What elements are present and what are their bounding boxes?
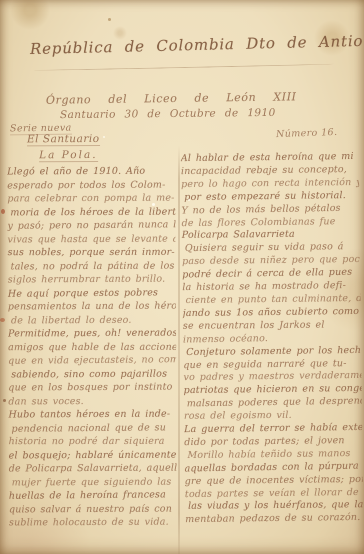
manuscript-line: tales, no podrá la pátina de los (11, 259, 176, 273)
manuscript-page: República de Colombia Dto de Antioquia Ó… (0, 0, 364, 554)
manuscript-line: de la libertad lo deseo. (11, 313, 176, 327)
issue-number: Número 16. (276, 127, 338, 140)
manuscript-line: pensamientos la una de los héroes (8, 300, 176, 314)
manuscript-line: dan sus voces. (8, 394, 176, 408)
paper-fleck (152, 203, 155, 206)
masthead-organ-line: Órgano del Liceo de León XIII (46, 90, 297, 106)
manuscript-line: sabiendo, sino como pajarillos (11, 367, 176, 381)
article-heading-la-pola: La Pola. (39, 149, 98, 162)
manuscript-line: sus nobles, porque serán inmor- (8, 246, 176, 260)
manuscript-line: Permitidme, pues, oh! venerados (8, 327, 176, 341)
manuscript-line: mentaban pedazos de su corazón. (185, 512, 363, 527)
manuscript-line: que en los bosques por instinto (8, 381, 176, 395)
paper-fleck (188, 199, 190, 201)
manuscript-line: de Policarpa Salavarrieta, aquella (9, 462, 177, 476)
manuscript-line: sublime holocausto de su vida. (9, 516, 177, 530)
document-title: República de Colombia Dto de Antioquia (30, 32, 360, 58)
manuscript-line: Hubo tantos héroes en la inde- (8, 408, 176, 422)
manuscript-line: historia no podré dar siquiera (9, 435, 177, 449)
manuscript-line: mujer fuerte que siguiendo las (12, 475, 177, 489)
title-underline-flourish (34, 63, 334, 71)
manuscript-line: para celebrar con pompa la me- (7, 192, 175, 206)
article-heading-santuario: El Santuario (27, 133, 100, 146)
manuscript-line: pendencia nacional que de su (11, 421, 176, 436)
manuscript-line: siglos herrumbrar tanto brillo. (8, 273, 176, 287)
manuscript-line: vivas que hasta que se levante á (7, 232, 175, 246)
paper-fleck (103, 136, 105, 138)
paper-speck (108, 18, 111, 21)
manuscript-line: que en vida ejecutasteis, no como (8, 353, 176, 368)
manuscript-line: Llegó el año de 1910. Año (7, 165, 175, 179)
manuscript-line: huellas de la heroína francesa (9, 488, 177, 503)
right-column-text: Al hablar de esta heroína que miincapaci… (181, 151, 364, 527)
manuscript-line: moria de los héroes de la libertad, (10, 205, 175, 219)
manuscript-line: quiso salvar á nuestro país con el (9, 502, 177, 516)
paper-speck (1, 209, 5, 214)
manuscript-line: He aquí porque estos pobres (8, 286, 176, 301)
masthead-date-line: Santuario 30 de Octubre de 1910 (60, 107, 276, 121)
left-column-text: Llegó el año de 1910. Añoesperado por to… (7, 165, 177, 530)
manuscript-line: el bosquejo; hablaré únicamente (9, 448, 177, 462)
manuscript-line: amigos que hable de las acciones (8, 340, 176, 354)
column-fold-crease (178, 146, 180, 554)
left-column: El Santuario La Pola. Llegó el año de 19… (7, 133, 177, 530)
manuscript-line: esperado por todos los Colom- (7, 178, 175, 192)
paper-speck (3, 399, 6, 402)
right-column: Al hablar de esta heroína que miincapaci… (181, 149, 364, 527)
manuscript-line: y pasó; pero no pasarán nunca los (7, 218, 175, 233)
paper-speck (0, 318, 5, 322)
